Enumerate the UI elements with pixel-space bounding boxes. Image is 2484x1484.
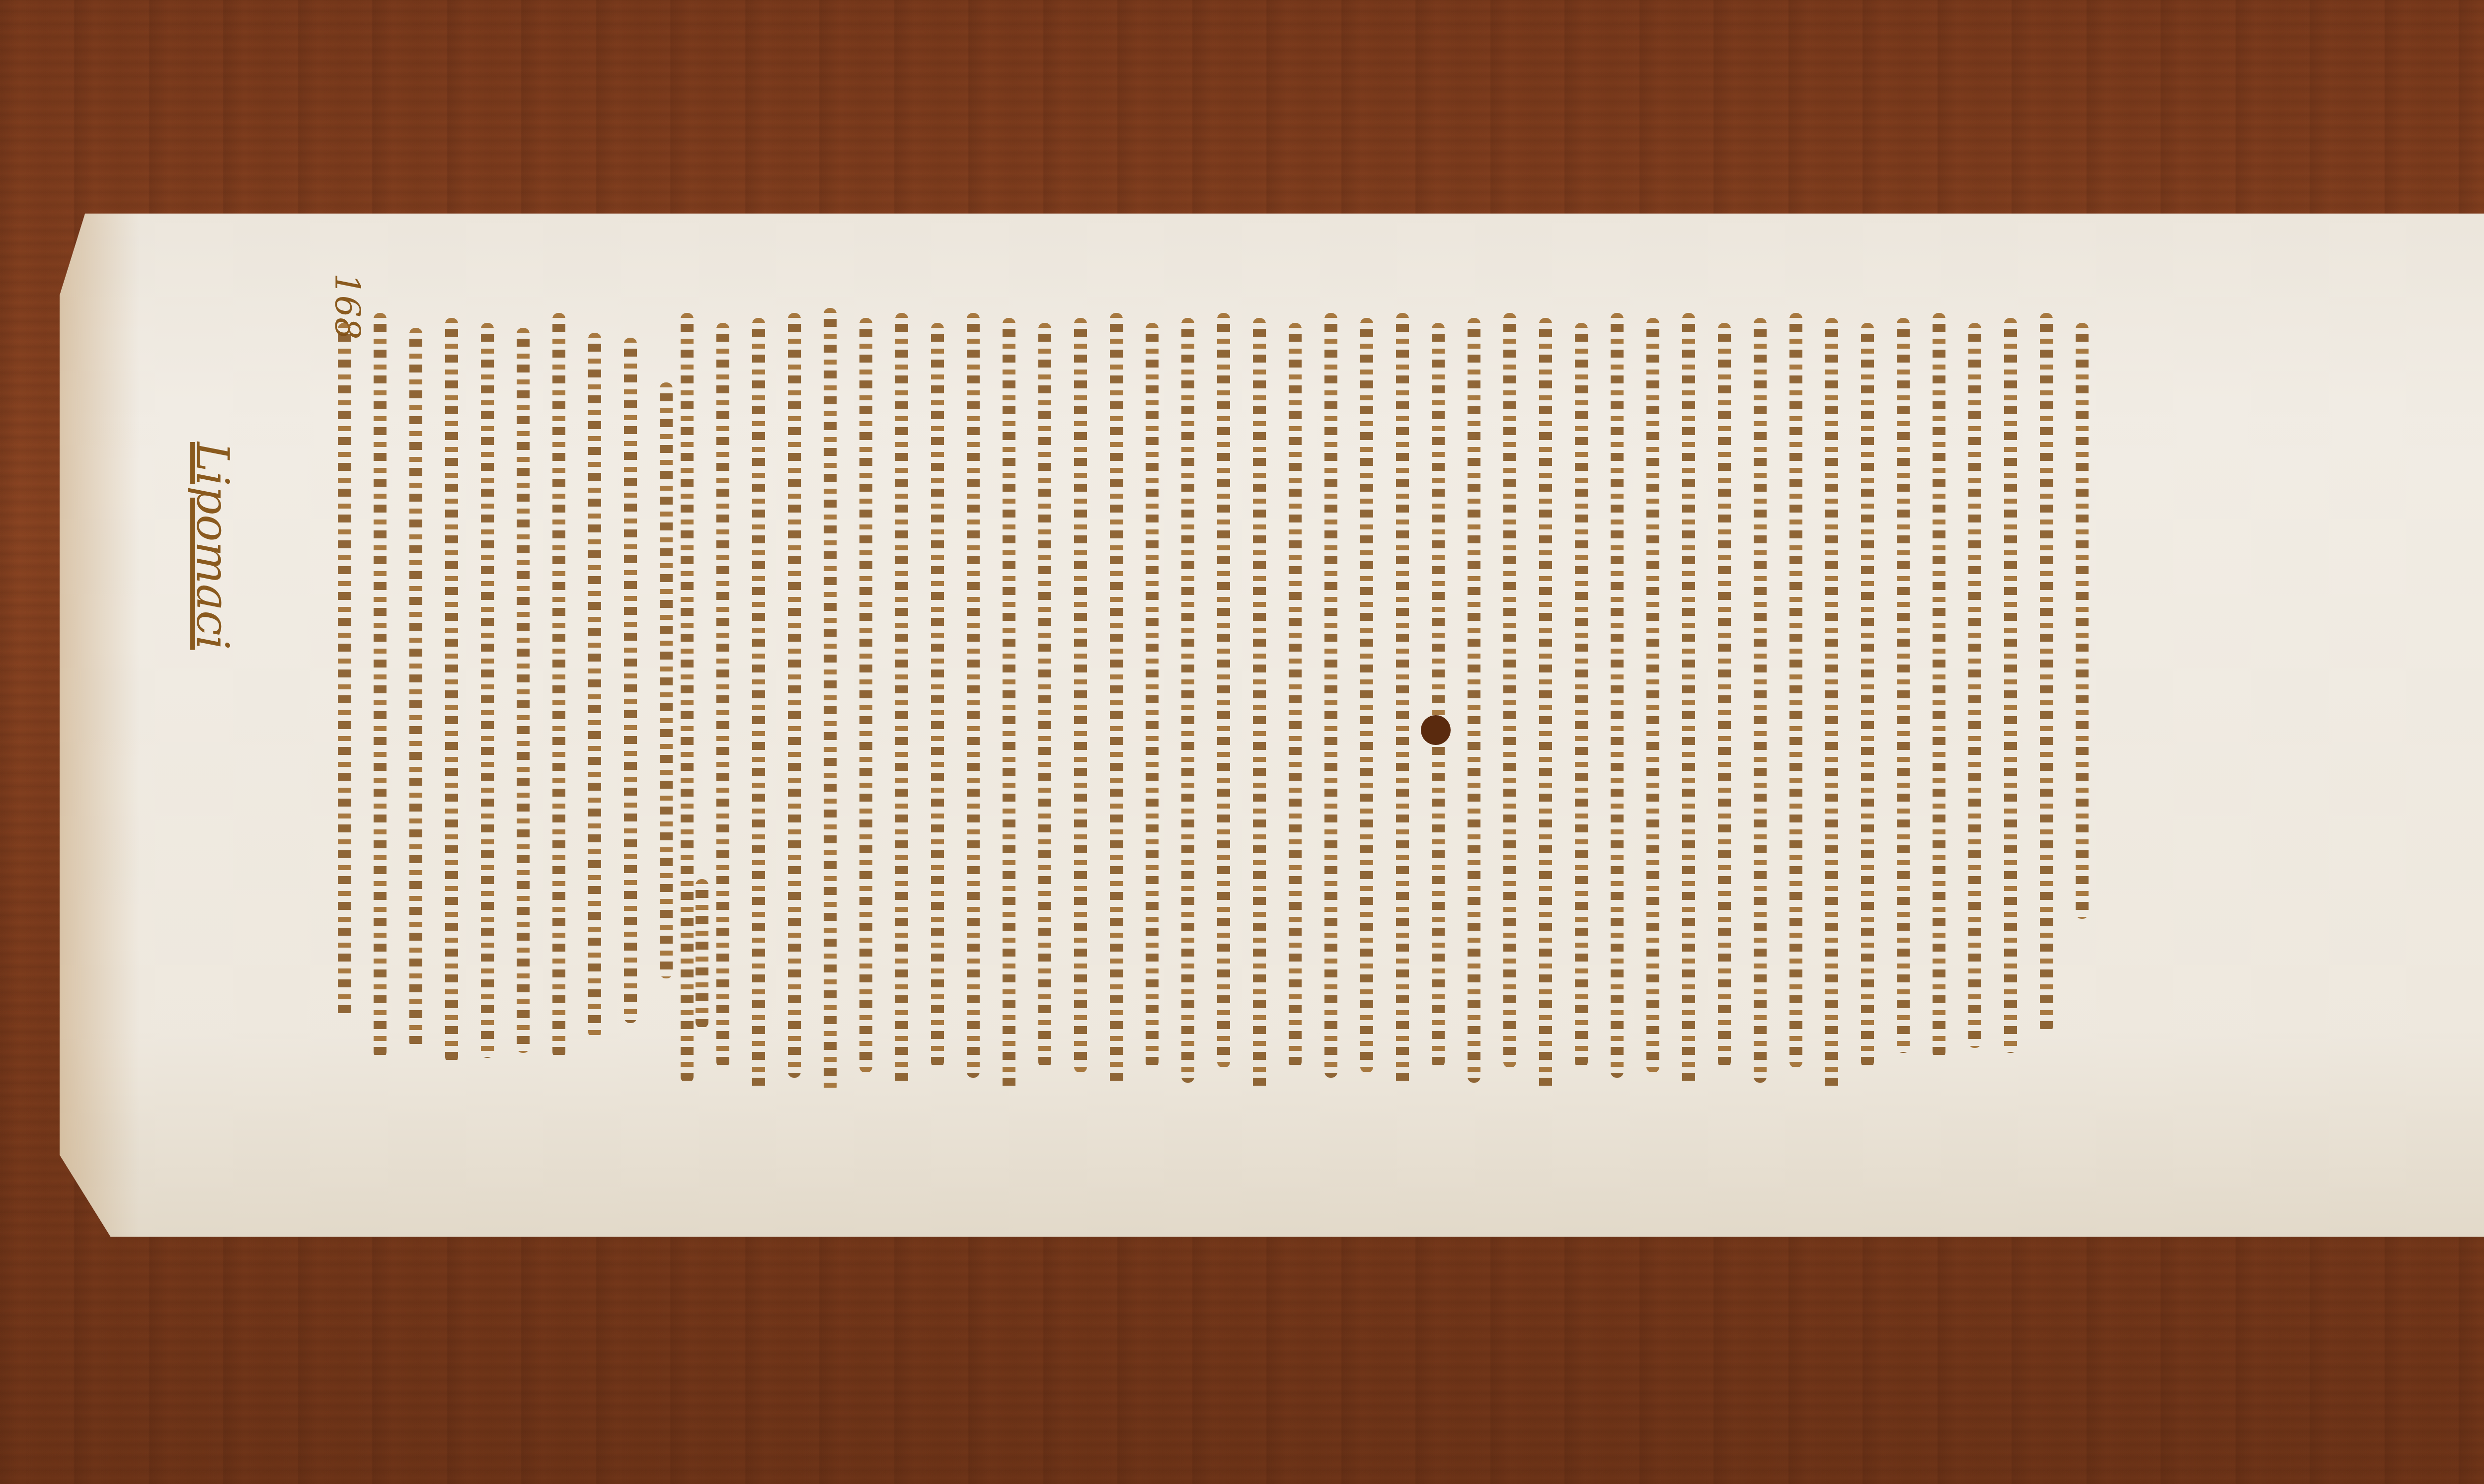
- paper-hole: [1421, 715, 1451, 745]
- text-block-main: [681, 283, 2089, 1093]
- manuscript-paper: 168 Lipomaci 97: [60, 214, 2484, 1237]
- text-block-first: [338, 283, 708, 1063]
- heading-text: Lipomaci: [186, 442, 238, 650]
